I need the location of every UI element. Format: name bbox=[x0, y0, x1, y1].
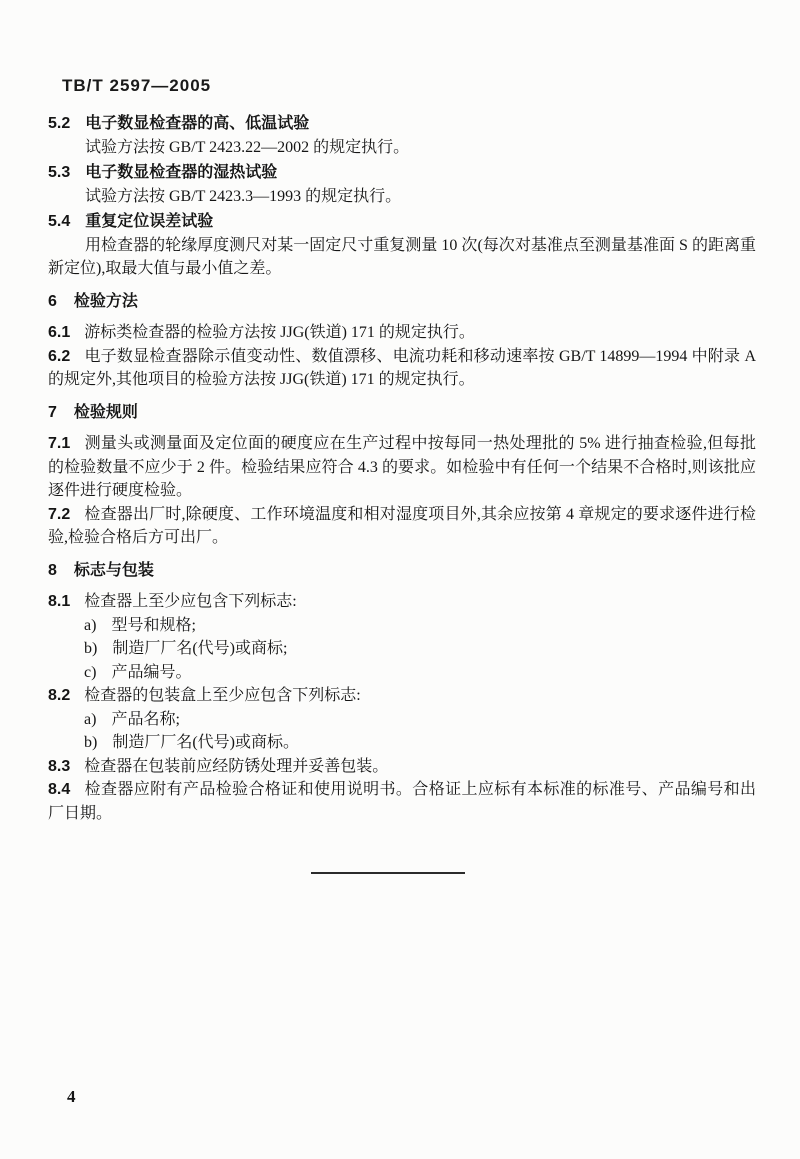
list-text: 产品名称; bbox=[111, 711, 179, 728]
clause-number: 6.1 bbox=[48, 324, 70, 341]
list-text: 制造厂厂名(代号)或商标。 bbox=[112, 734, 299, 751]
clause-text: 检查器在包装前应经防锈处理并妥善包装。 bbox=[84, 758, 388, 775]
clause-number: 7.1 bbox=[48, 435, 70, 452]
clause-title-5-2: 5.2电子数显检查器的高、低温试验 bbox=[48, 112, 756, 136]
clause-title-text: 电子数显检查器的湿热试验 bbox=[85, 164, 277, 181]
list-marker: a) bbox=[84, 617, 96, 634]
chapter-title-text: 标志与包装 bbox=[74, 562, 154, 579]
clause-8-4: 8.4检查器应附有产品检验合格证和使用说明书。合格证上应标有本标准的标准号、产品… bbox=[48, 778, 756, 825]
clause-number: 7.2 bbox=[48, 506, 70, 523]
list-item-b: b)制造厂厂名(代号)或商标。 bbox=[48, 731, 756, 755]
clause-title-5-4: 5.4重复定位误差试验 bbox=[48, 210, 756, 234]
standard-number-header: TB/T 2597—2005 bbox=[62, 76, 211, 96]
clause-number: 8.3 bbox=[48, 758, 70, 775]
clause-8-2: 8.2检查器的包装盒上至少应包含下列标志: bbox=[48, 684, 756, 708]
clause-text: 检查器应附有产品检验合格证和使用说明书。合格证上应标有本标准的标准号、产品编号和… bbox=[48, 781, 756, 822]
list-text: 产品编号。 bbox=[111, 664, 191, 681]
chapter-number: 6 bbox=[48, 293, 57, 310]
clause-7-2: 7.2检查器出厂时,除硬度、工作环境温度和相对湿度项目外,其余应按第 4 章规定… bbox=[48, 503, 756, 550]
list-marker: a) bbox=[84, 711, 96, 728]
clause-title-5-3: 5.3电子数显检查器的湿热试验 bbox=[48, 161, 756, 185]
clause-body-5-2: 试验方法按 GB/T 2423.22—2002 的规定执行。 bbox=[48, 136, 756, 160]
end-of-text-rule bbox=[311, 872, 465, 874]
chapter-title-8: 8标志与包装 bbox=[48, 559, 756, 583]
clause-number: 6.2 bbox=[48, 348, 70, 365]
list-marker: b) bbox=[84, 734, 97, 751]
chapter-number: 8 bbox=[48, 562, 57, 579]
clause-text: 测量头或测量面及定位面的硬度应在生产过程中按每同一热处理批的 5% 进行抽查检验… bbox=[48, 435, 756, 499]
scanned-standard-page: TB/T 2597—2005 5.2电子数显检查器的高、低温试验 试验方法按 G… bbox=[0, 0, 800, 1159]
clause-number: 5.3 bbox=[48, 164, 70, 181]
clause-7-1: 7.1测量头或测量面及定位面的硬度应在生产过程中按每同一热处理批的 5% 进行抽… bbox=[48, 432, 756, 503]
list-item-a: a)产品名称; bbox=[48, 708, 756, 732]
document-body: 5.2电子数显检查器的高、低温试验 试验方法按 GB/T 2423.22—200… bbox=[48, 110, 756, 825]
list-item-a: a)型号和规格; bbox=[48, 614, 756, 638]
chapter-title-text: 检验方法 bbox=[74, 293, 138, 310]
list-marker: b) bbox=[84, 640, 97, 657]
clause-8-3: 8.3检查器在包装前应经防锈处理并妥善包装。 bbox=[48, 755, 756, 779]
chapter-title-text: 检验规则 bbox=[74, 404, 138, 421]
list-text: 制造厂厂名(代号)或商标; bbox=[112, 640, 287, 657]
clause-6-1: 6.1游标类检查器的检验方法按 JJG(铁道) 171 的规定执行。 bbox=[48, 321, 756, 345]
clause-number: 5.2 bbox=[48, 115, 70, 132]
list-item-c: c)产品编号。 bbox=[48, 661, 756, 685]
clause-number: 8.2 bbox=[48, 687, 70, 704]
clause-text: 游标类检查器的检验方法按 JJG(铁道) 171 的规定执行。 bbox=[84, 324, 475, 341]
clause-text: 检查器出厂时,除硬度、工作环境温度和相对湿度项目外,其余应按第 4 章规定的要求… bbox=[48, 506, 756, 547]
list-text: 型号和规格; bbox=[111, 617, 195, 634]
clause-body-5-4: 用检查器的轮缘厚度测尺对某一固定尺寸重复测量 10 次(每次对基准点至测量基准面… bbox=[48, 234, 756, 281]
chapter-title-6: 6检验方法 bbox=[48, 290, 756, 314]
clause-body-5-3: 试验方法按 GB/T 2423.3—1993 的规定执行。 bbox=[48, 185, 756, 209]
chapter-title-7: 7检验规则 bbox=[48, 401, 756, 425]
page-number: 4 bbox=[67, 1087, 76, 1107]
clause-title-text: 重复定位误差试验 bbox=[85, 213, 213, 230]
clause-8-1: 8.1检查器上至少应包含下列标志: bbox=[48, 590, 756, 614]
clause-text: 检查器的包装盒上至少应包含下列标志: bbox=[84, 687, 360, 704]
clause-number: 5.4 bbox=[48, 213, 70, 230]
list-marker: c) bbox=[84, 664, 96, 681]
chapter-number: 7 bbox=[48, 404, 57, 421]
clause-text: 电子数显检查器除示值变动性、数值漂移、电流功耗和移动速率按 GB/T 14899… bbox=[48, 348, 756, 389]
clause-number: 8.4 bbox=[48, 781, 70, 798]
clause-text: 检查器上至少应包含下列标志: bbox=[84, 593, 296, 610]
clause-6-2: 6.2电子数显检查器除示值变动性、数值漂移、电流功耗和移动速率按 GB/T 14… bbox=[48, 345, 756, 392]
clause-title-text: 电子数显检查器的高、低温试验 bbox=[85, 115, 309, 132]
list-item-b: b)制造厂厂名(代号)或商标; bbox=[48, 637, 756, 661]
clause-number: 8.1 bbox=[48, 593, 70, 610]
